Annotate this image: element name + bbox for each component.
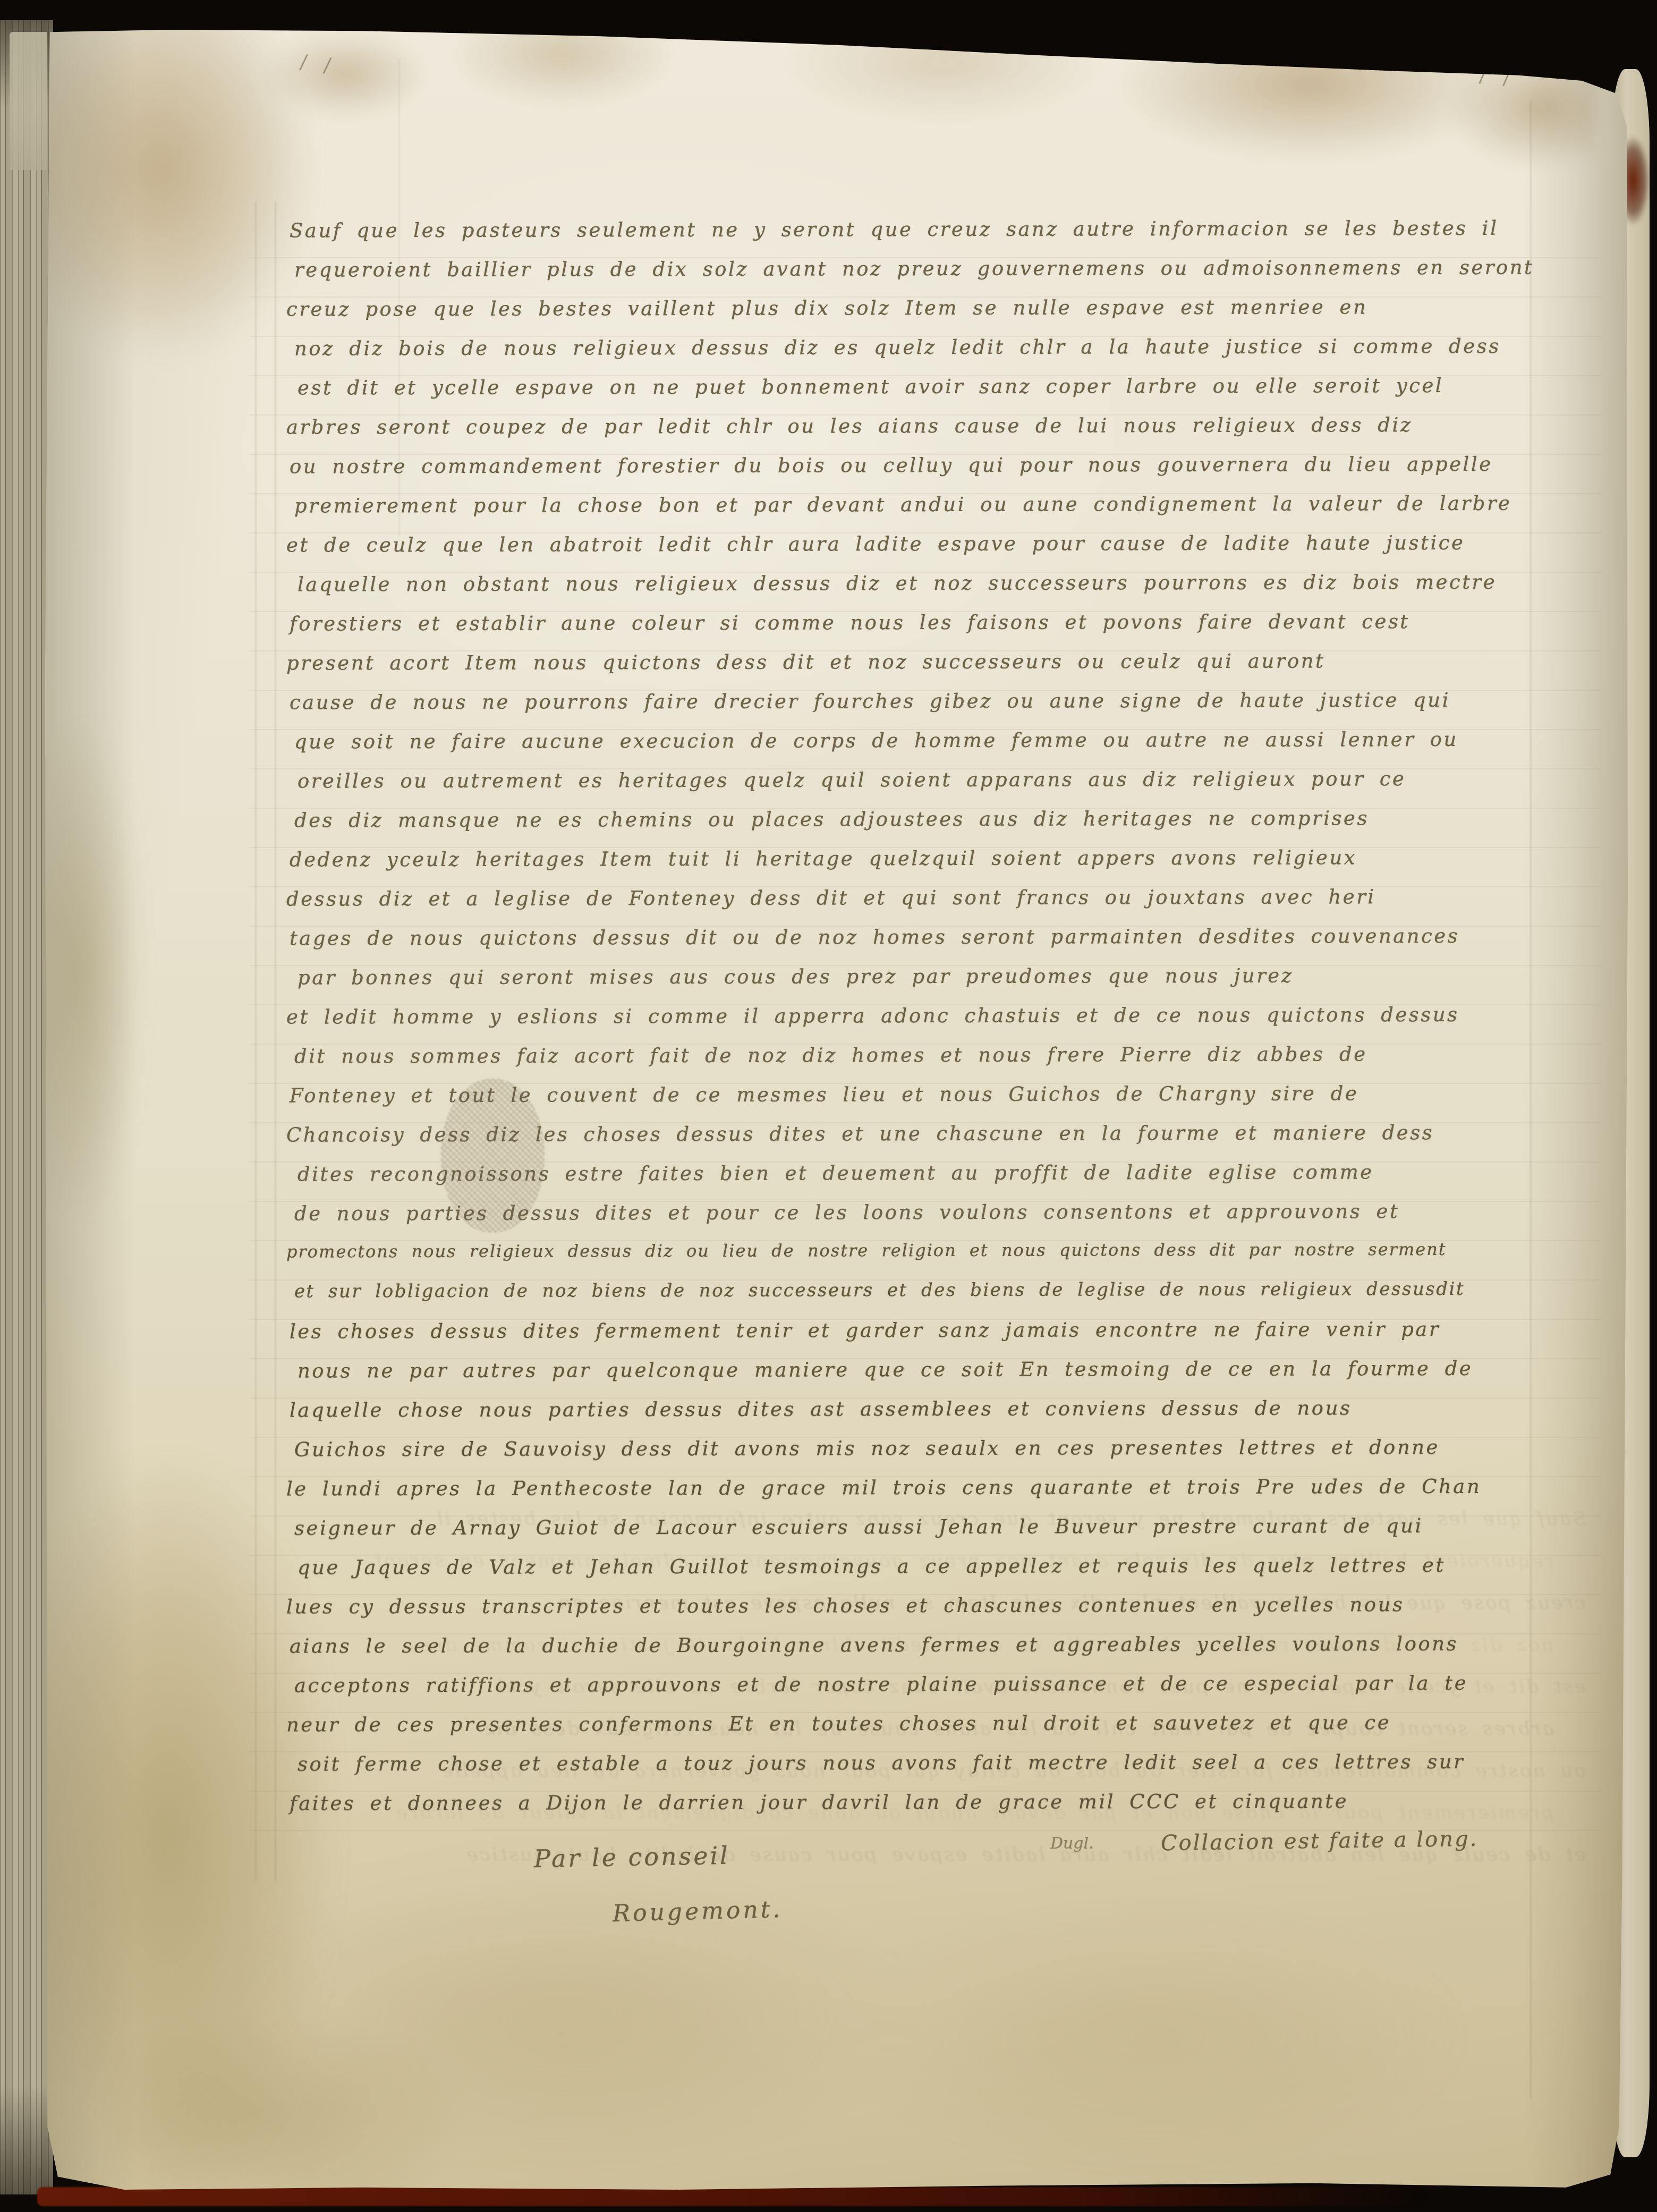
manuscript-line: et ledit homme y eslions si comme il app… (286, 1003, 1612, 1045)
manuscript-line: Sauf que les pasteurs seulement ne y ser… (290, 216, 1612, 258)
manuscript-line: dedenz yceulz heritages Item tuit li her… (290, 845, 1612, 887)
pen-trial-marks-right: ∕ ∕ (1478, 63, 1517, 90)
manuscript-line: seigneur de Arnay Guiot de Lacour escuie… (294, 1514, 1612, 1556)
manuscript-line: arbres seront coupez de par ledit chlr o… (286, 413, 1612, 455)
manuscript-line: Guichos sire de Sauvoisy dess dit avons … (294, 1435, 1612, 1477)
manuscript-line: dites recongnoissons estre faites bien e… (298, 1160, 1612, 1202)
manuscript-line: tages de nous quictons dessus dit ou de … (290, 924, 1612, 966)
manuscript-line: Fonteney et tout le couvent de ce mesmes… (290, 1081, 1612, 1123)
manuscript-line: faites et donnees a Dijon le darrien jou… (290, 1789, 1612, 1831)
manuscript-line: soit ferme chose et estable a touz jours… (298, 1750, 1612, 1792)
photo-frame: Sauf que les pasteurs seulement ne y ser… (0, 0, 1657, 2212)
page-edge-corner (10, 32, 47, 170)
manuscript-line: promectons nous religieux dessus diz ou … (286, 1239, 1612, 1281)
manuscript-line: le lundi apres la Penthecoste lan de gra… (286, 1474, 1612, 1516)
manuscript-line: des diz mansque ne es chemins ou places … (294, 806, 1612, 848)
stain-top-edge (236, 5, 1596, 170)
manuscript-line: nous ne par autres par quelconque manier… (298, 1357, 1612, 1399)
manuscript-line: noz diz bois de nous religieux dessus di… (294, 334, 1612, 376)
manuscript-line: requeroient baillier plus de dix solz av… (294, 256, 1612, 298)
manuscript-line: dessus diz et a leglise de Fonteney dess… (286, 885, 1612, 927)
manuscript-line: les choses dessus dites fermement tenir … (290, 1317, 1612, 1359)
red-cover-edge-bottom (37, 2187, 1429, 2206)
manuscript-line: creuz pose que les bestes vaillent plus … (286, 295, 1612, 337)
manuscript-line: acceptons ratiffions et approuvons et de… (294, 1671, 1612, 1713)
manuscript-line: est dit et ycelle espave on ne puet bonn… (298, 374, 1612, 416)
manuscript-line: laquelle non obstant nous religieux dess… (298, 570, 1612, 612)
manuscript-line: premierement pour la chose bon et par de… (294, 491, 1612, 533)
book-gutter-page-edges (0, 20, 53, 2194)
manuscript-line: aians le seel de la duchie de Bourgoingn… (290, 1632, 1612, 1674)
manuscript-line: de nous parties dessus dites et pour ce … (294, 1199, 1612, 1241)
manuscript-line: laquelle chose nous parties dessus dites… (290, 1396, 1612, 1438)
manuscript-line: et sur lobligacion de noz biens de noz s… (294, 1278, 1612, 1320)
manuscript-line: neur de ces presentes confermons Et en t… (286, 1710, 1612, 1752)
collation-abbreviation-note: Dugl. (1050, 1834, 1094, 1853)
manuscript-line: Chancoisy dess diz les choses dessus dit… (286, 1121, 1612, 1163)
manuscript-line: forestiers et establir aune coleur si co… (290, 609, 1612, 651)
manuscript-page: Sauf que les pasteurs seulement ne y ser… (45, 27, 1629, 2192)
closing-par-le-conseil: Par le conseil (534, 1841, 730, 1873)
manuscript-line: par bonnes qui seront mises aus cous des… (298, 963, 1612, 1005)
manuscript-line: present acort Item nous quictons dess di… (286, 649, 1612, 691)
manuscript-line: cause de nous ne pourrons faire drecier … (290, 688, 1612, 730)
manuscript-line: lues cy dessus transcriptes et toutes le… (286, 1592, 1612, 1634)
manuscript-line: ou nostre commandement forestier du bois… (290, 452, 1612, 494)
manuscript-line: que Jaques de Valz et Jehan Guillot tesm… (298, 1553, 1612, 1595)
manuscript-text-block: Sauf que les pasteurs seulement ne y ser… (290, 218, 1612, 1830)
gutter-shadow (45, 27, 135, 2192)
manuscript-line: et de ceulz que len abatroit ledit chlr … (286, 531, 1612, 573)
pen-trial-marks-left: ∕ ∕ (299, 50, 337, 78)
manuscript-line: que soit ne faire aucune execucion de co… (294, 727, 1612, 769)
collation-note: Collacion est faite a long. (1161, 1827, 1478, 1855)
manuscript-line: oreilles ou autrement es heritages quelz… (298, 767, 1612, 809)
manuscript-line: dit nous sommes faiz acort fait de noz d… (294, 1042, 1612, 1084)
signature-rougemont: Rougemont. (612, 1896, 783, 1927)
